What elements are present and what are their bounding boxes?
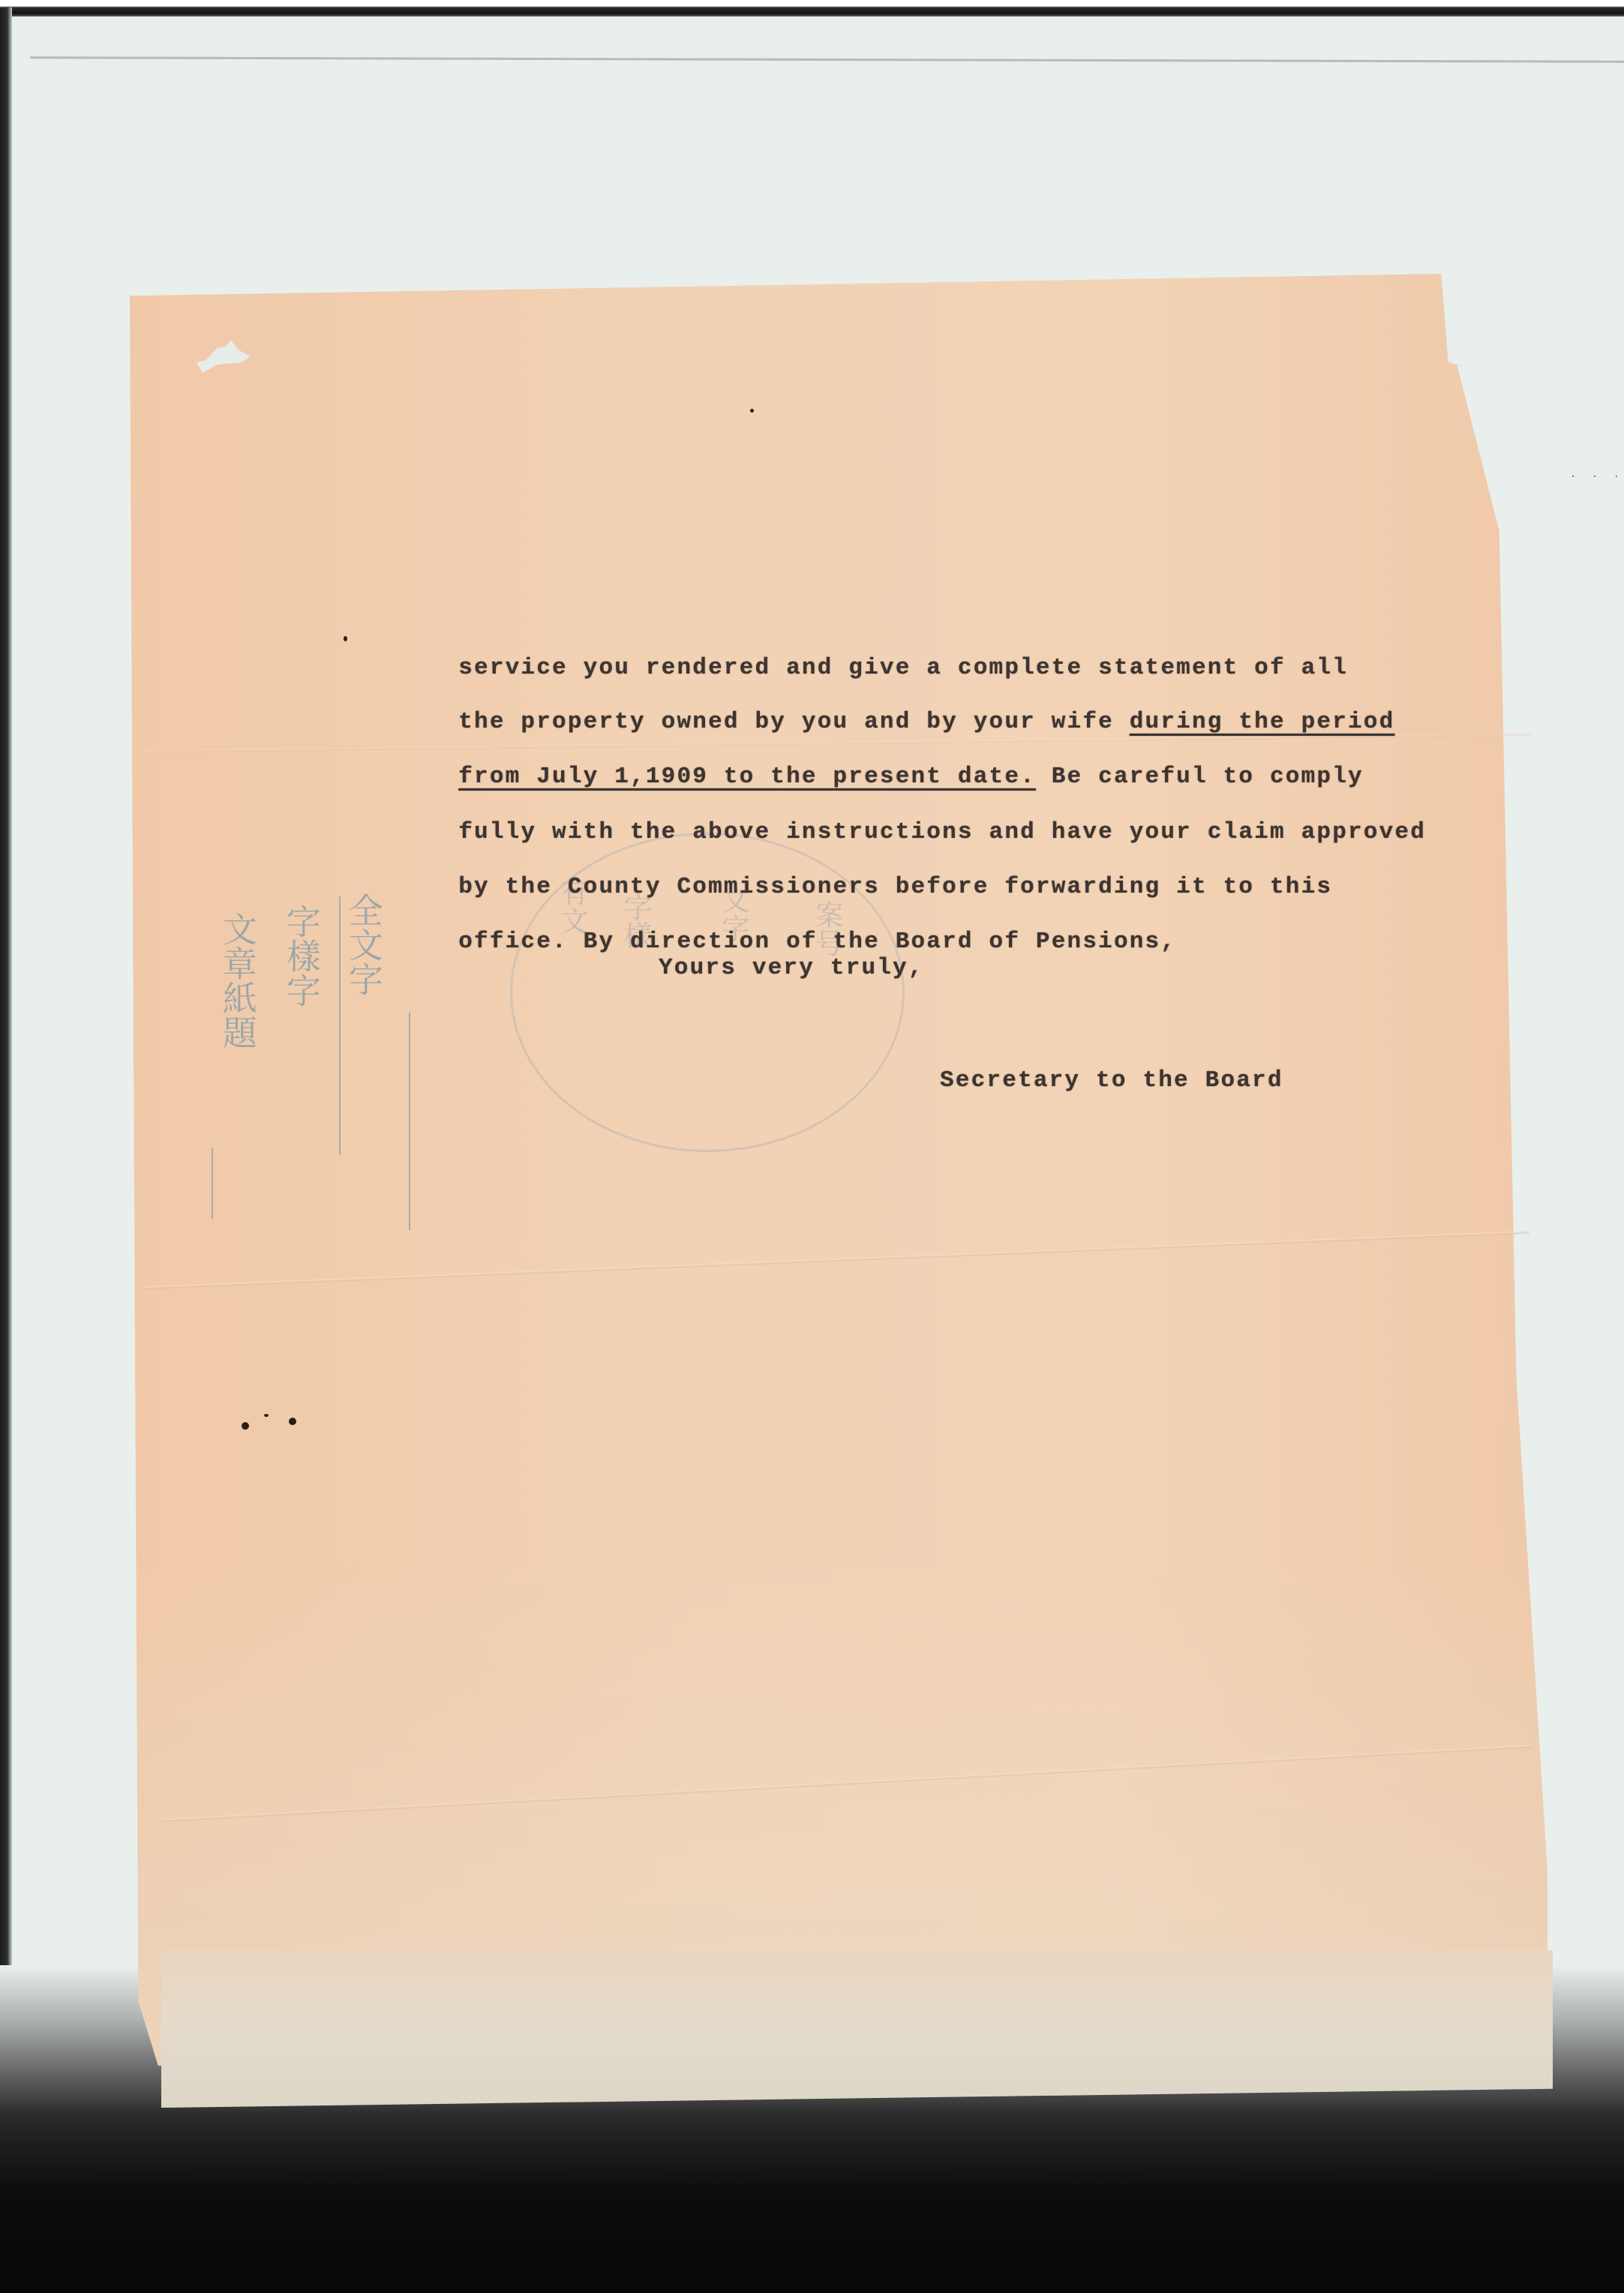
body-text: office. By direction of the Board of Pen… <box>458 929 1176 955</box>
ink-spot <box>289 1418 296 1425</box>
body-text: Be careful to comply <box>1036 764 1364 790</box>
ink-spot <box>344 636 347 641</box>
pencil-annotation-column: 字樣字 <box>281 904 321 1204</box>
body-text: service you rendered and give a complete… <box>458 655 1348 681</box>
signature-title: Secretary to the Board <box>940 1067 1283 1094</box>
scanner-left-edge <box>0 8 12 2293</box>
pencil-rule <box>339 896 341 1155</box>
ink-spot <box>750 409 754 413</box>
letter-page <box>130 274 1547 2111</box>
ink-spot <box>264 1414 269 1417</box>
scanner-lid-line <box>30 56 1624 63</box>
closing-salutation: Yours very truly, <box>659 955 924 981</box>
body-text: by the County Commissioners before forwa… <box>458 874 1332 900</box>
body-text: the property owned by you and by your wi… <box>458 709 1130 735</box>
pencil-annotation-column: 文章紙題 <box>218 911 257 1226</box>
underlined-text: during the period <box>1130 709 1395 735</box>
pencil-rule <box>212 1148 213 1219</box>
underlined-text: from July 1,1909 to the present date. <box>458 764 1036 790</box>
body-text: fully with the above instructions and ha… <box>458 819 1426 845</box>
scanner-top-edge <box>0 0 1624 17</box>
edge-specks: . . . <box>1570 469 1624 481</box>
pencil-rule <box>409 1013 410 1230</box>
ink-spot <box>242 1422 249 1430</box>
letter-page-lower-section <box>161 1950 1553 2108</box>
pencil-annotation-column: 全文字 <box>344 893 383 1238</box>
